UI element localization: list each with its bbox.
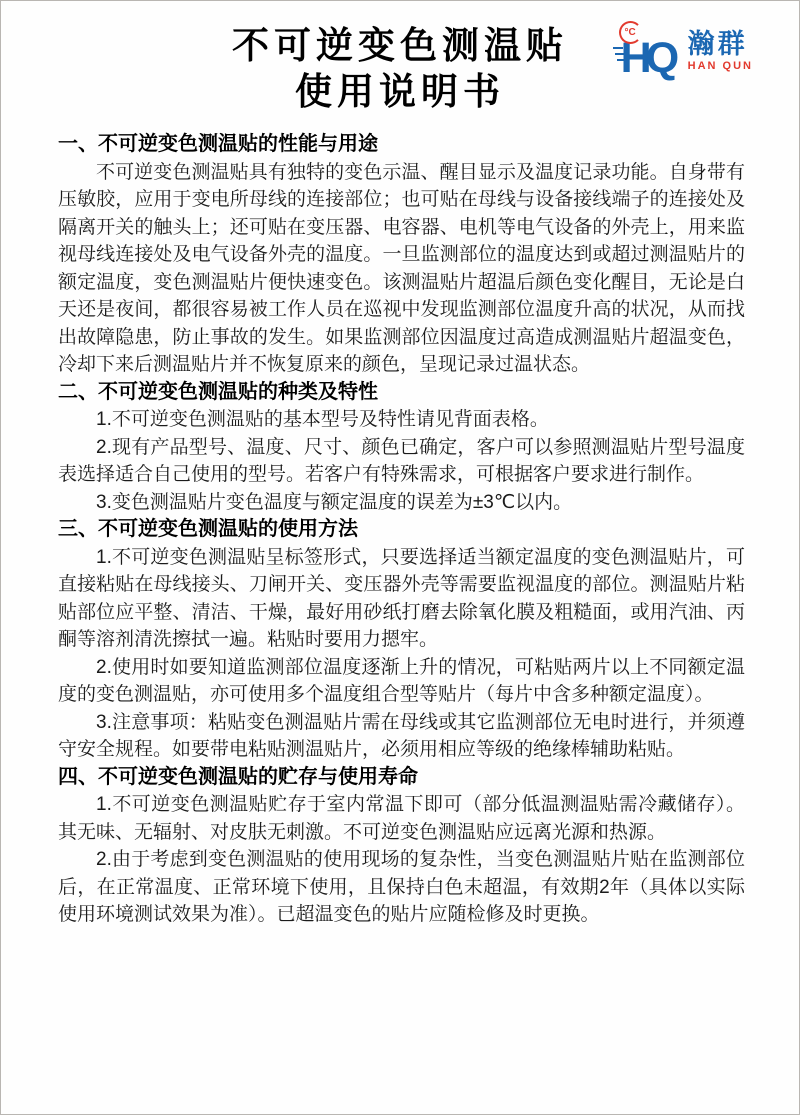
section-heading: 二、不可逆变色测温贴的种类及特性 (58, 379, 745, 407)
section-performance-and-uses: 一、不可逆变色测温贴的性能与用途 不可逆变色测温贴具有独特的变色示温、醒目显示及… (58, 131, 745, 379)
paragraph: 2.使用时如要知道监测部位温度逐渐上升的情况，可粘贴两片以上不同额定温度的变色测… (58, 654, 745, 709)
section-types-and-characteristics: 二、不可逆变色测温贴的种类及特性 1.不可逆变色测温贴的基本型号及特性请见背面表… (58, 379, 745, 517)
section-usage-method: 三、不可逆变色测温贴的使用方法 1.不可逆变色测温贴呈标签形式，只要选择适当额定… (58, 516, 745, 764)
section-heading: 三、不可逆变色测温贴的使用方法 (58, 516, 745, 544)
logo-text: 瀚群 HAN QUN (688, 29, 753, 73)
section-storage-and-lifespan: 四、不可逆变色测温贴的贮存与使用寿命 1.不可逆变色测温贴贮存于室内常温下即可（… (58, 764, 745, 929)
celsius-badge-icon: °C (619, 21, 642, 44)
paragraph: 1.不可逆变色测温贴贮存于室内常温下即可（部分低温测温贴需冷藏储存）。其无味、无… (58, 791, 745, 846)
paragraph: 3.变色测温贴片变色温度与额定温度的误差为±3℃以内。 (58, 489, 745, 517)
hanqun-logo-mark-icon: HQ °C (617, 23, 683, 79)
paragraph: 1.不可逆变色测温贴呈标签形式，只要选择适当额定温度的变色测温贴片，可直接粘贴在… (58, 544, 745, 654)
paragraph: 3.注意事项：粘贴变色测温贴片需在母线或其它监测部位无电时进行，并须遵守安全规程… (58, 709, 745, 764)
paragraph: 1.不可逆变色测温贴的基本型号及特性请见背面表格。 (58, 406, 745, 434)
section-heading: 四、不可逆变色测温贴的贮存与使用寿命 (58, 764, 745, 792)
instruction-manual-page: 不可逆变色测温贴 使用说明书 HQ °C 瀚群 HAN QUN 一、不可逆变色测… (0, 0, 800, 1115)
paragraph: 不可逆变色测温贴具有独特的变色示温、醒目显示及温度记录功能。自身带有压敏胶，应用… (58, 159, 745, 379)
document-body: 一、不可逆变色测温贴的性能与用途 不可逆变色测温贴具有独特的变色示温、醒目显示及… (1, 131, 799, 929)
hanqun-logo: HQ °C 瀚群 HAN QUN (617, 23, 753, 79)
paragraph: 2.现有产品型号、温度、尺寸、颜色已确定，客户可以参照测温贴片型号温度表选择适合… (58, 434, 745, 489)
paragraph: 2.由于考虑到变色测温贴的使用现场的复杂性，当变色测温贴片贴在监测部位后，在正常… (58, 846, 745, 929)
page-header: 不可逆变色测温贴 使用说明书 HQ °C 瀚群 HAN QUN (1, 1, 799, 115)
section-heading: 一、不可逆变色测温贴的性能与用途 (58, 131, 745, 159)
brand-name-english: HAN QUN (688, 59, 753, 73)
brand-name-chinese: 瀚群 (688, 29, 748, 59)
